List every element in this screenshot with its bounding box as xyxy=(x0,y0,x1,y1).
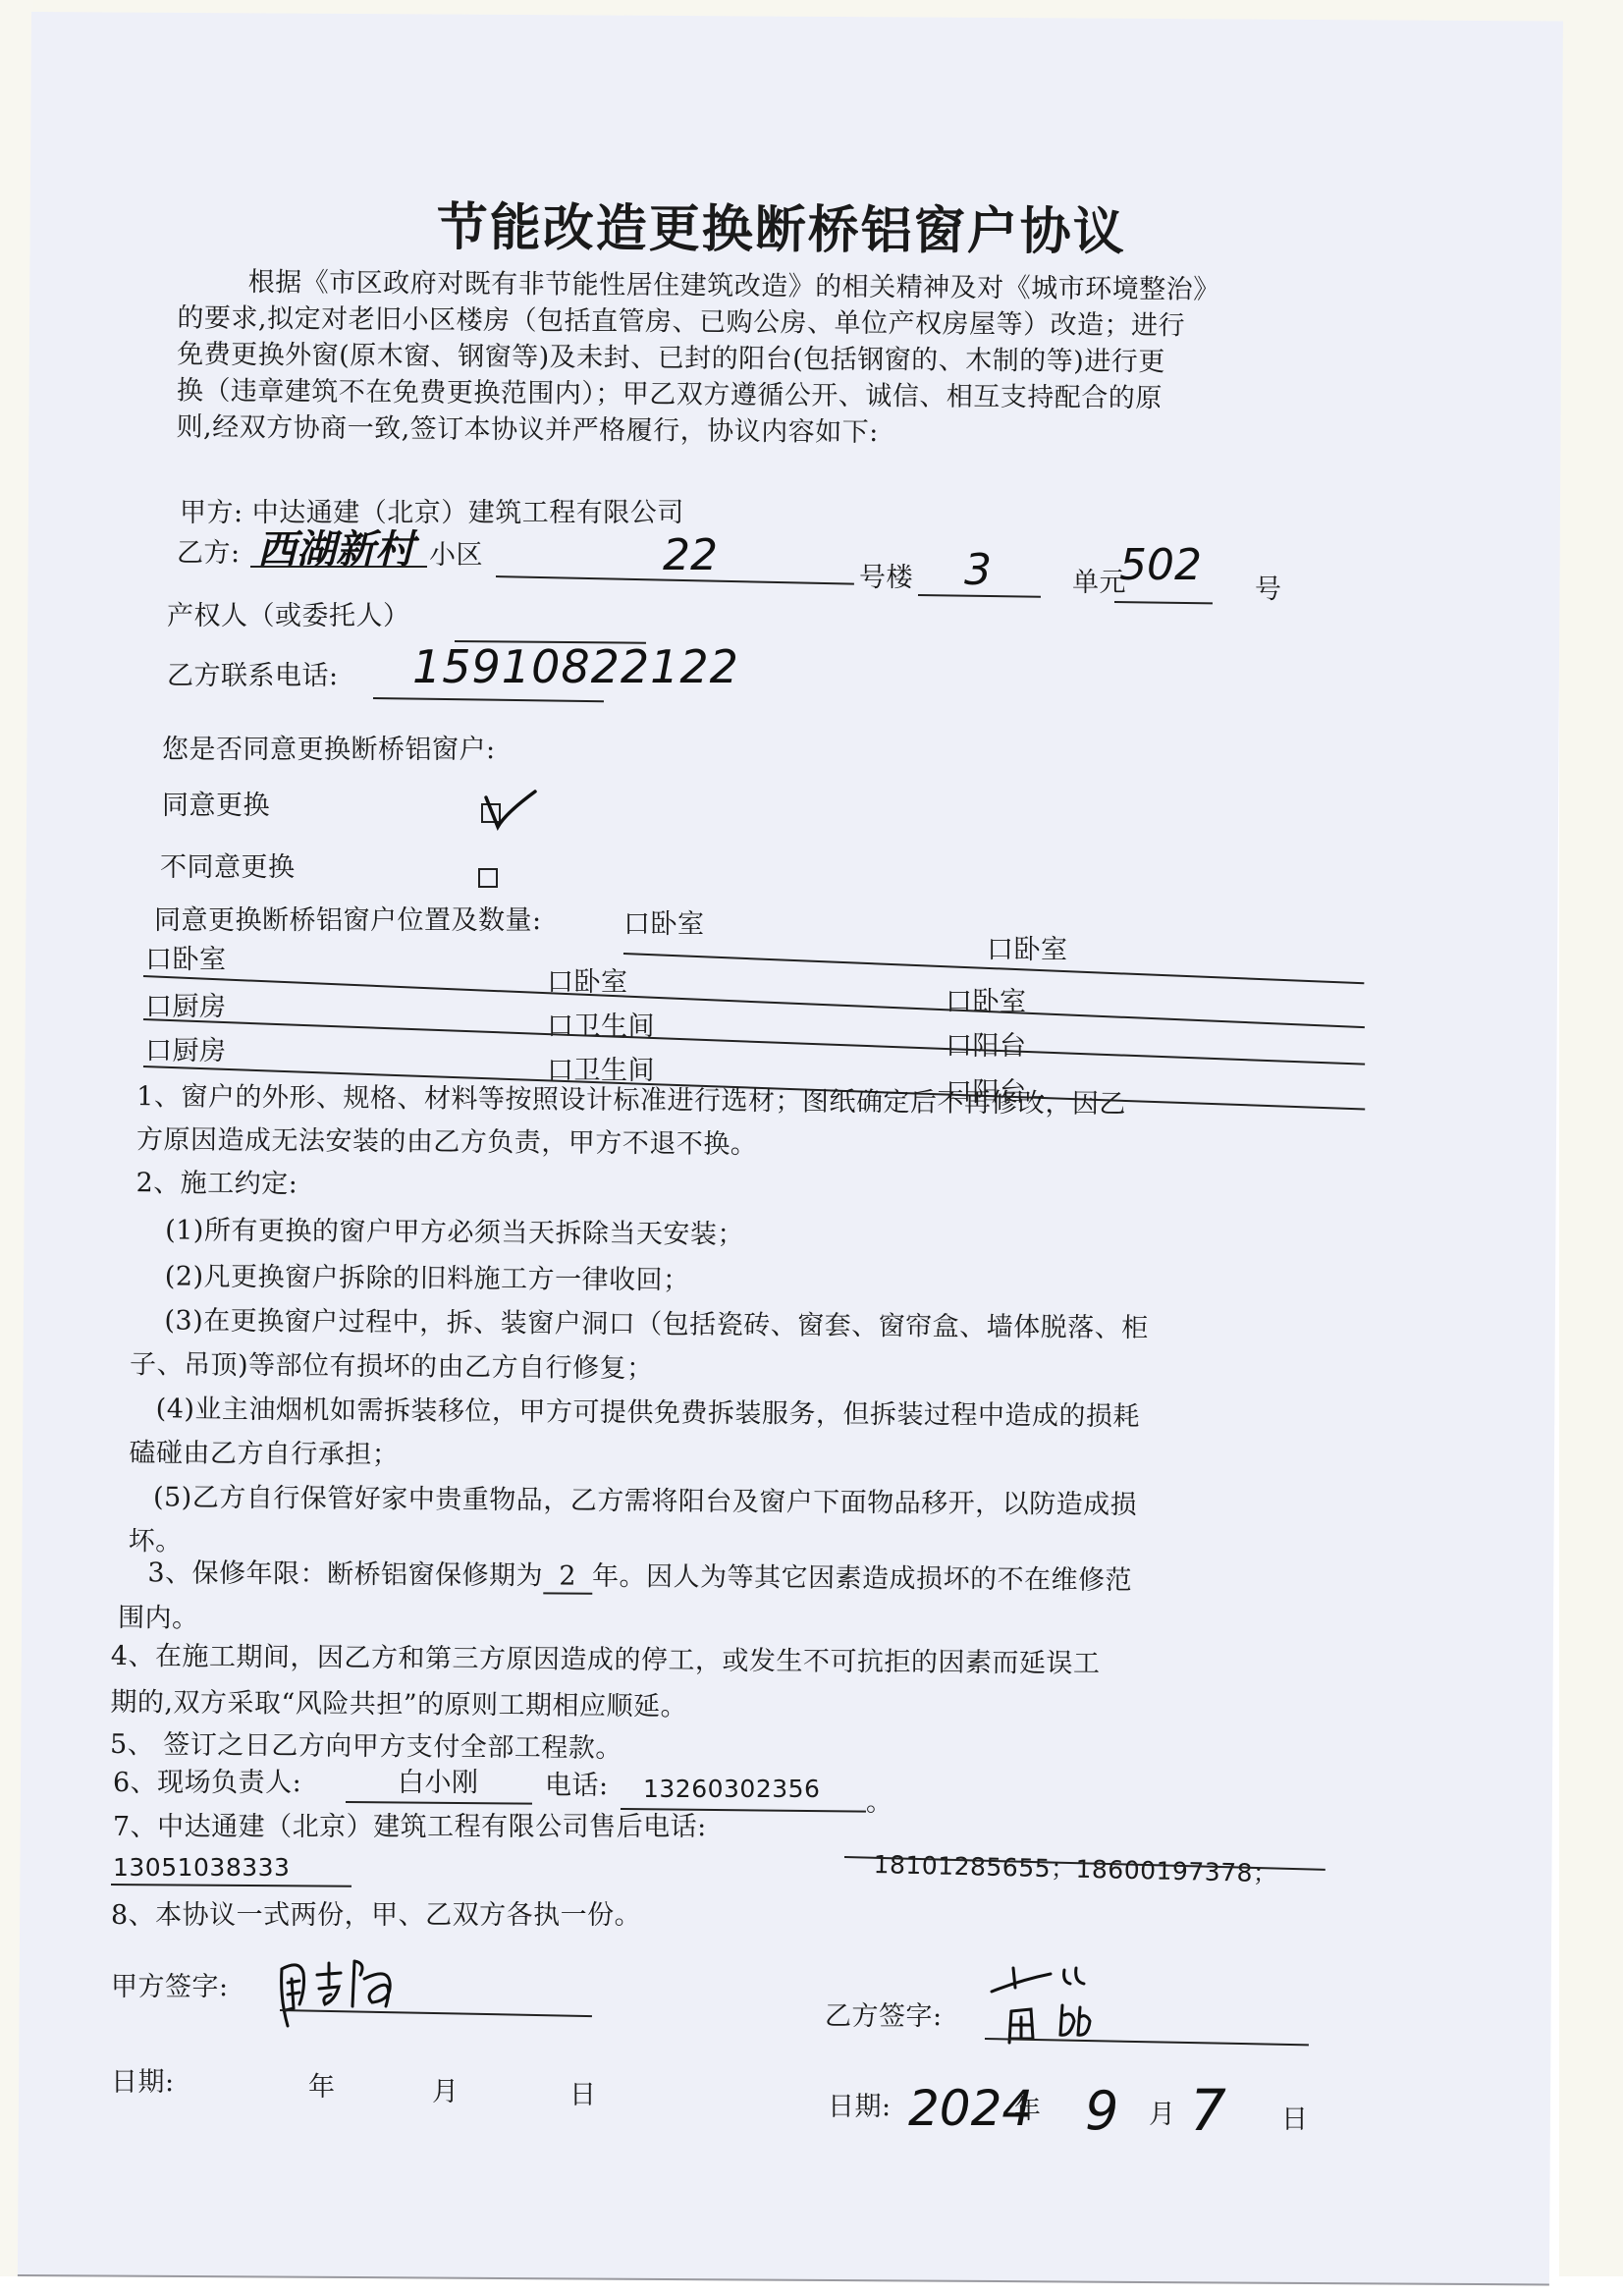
phone-value[interactable]: 15910822122 xyxy=(412,640,739,693)
consent-question: 您是否同意更换断桥铝窗户: xyxy=(162,735,496,766)
location-option[interactable]: 口卧室 xyxy=(987,935,1068,966)
clause-line: 2、施工约定: xyxy=(135,1168,298,1200)
location-option[interactable]: 口厨房 xyxy=(145,1036,227,1067)
after-sales-label: 7、中达通建（北京）建筑工程有限公司售后电话: xyxy=(113,1812,707,1843)
phone-label: 乙方联系电话: xyxy=(167,661,339,692)
copies-clause: 8、本协议一式两份，甲、乙双方各执一份。 xyxy=(111,1900,641,1932)
location-option[interactable]: 口卧室 xyxy=(623,909,705,941)
clause-line: 方原因造成无法安装的由乙方负责，甲方不退不换。 xyxy=(136,1124,758,1161)
intro-line: 的要求,拟定对老旧小区楼房（包括直管房、已购公房、单位产权房屋等）改造；进行 xyxy=(177,302,1185,342)
party-b-day-unit: 日 xyxy=(1281,2105,1309,2136)
clause-line: (4)业主油烟机如需拆装移位，甲方可提供免费拆装服务，但拆装过程中造成的损耗 xyxy=(156,1394,1140,1433)
agreement-document: 节能改造更换断桥铝窗户协议 根据《市区政府对既有非节能性居住建筑改造》的相关精神… xyxy=(0,0,1623,2296)
clause-line: (2)凡更换窗户拆除的旧料施工方一律收回； xyxy=(165,1261,690,1296)
party-a-label: 甲方: xyxy=(180,498,243,528)
clauses-section: 1、窗户的外形、规格、材料等按照设计标准进行选材；图纸确定后不再修改，因乙 方原… xyxy=(0,0,1623,13)
owner-label: 产权人（或委托人） xyxy=(167,601,410,632)
clause-line: (1)所有更换的窗户甲方必须当天拆除当天安装； xyxy=(165,1215,744,1251)
party-a-signature-label: 甲方签字: xyxy=(111,1972,229,2003)
site-manager-phone-label: 电话: xyxy=(545,1771,609,1802)
after-sales-phones-1: 18101285655；18600197378； xyxy=(873,1849,1278,1889)
clause-line: 4、在施工期间，因乙方和第三方原因造成的停工，或发生不可抗拒的因素而延误工 xyxy=(111,1641,1101,1680)
after-sales-phones-2: 13051038333 xyxy=(113,1852,290,1884)
community-suffix: 小区 xyxy=(429,540,483,572)
location-option[interactable]: 口阳台 xyxy=(946,1031,1027,1063)
clause-line: 期的,双方采取“风险共担”的原则工期相应顺延。 xyxy=(110,1687,687,1723)
site-manager-label: 6、现场负责人: xyxy=(113,1768,301,1799)
site-manager-end: 。 xyxy=(866,1787,893,1819)
consent-agree-label: 同意更换 xyxy=(162,791,270,822)
warranty-prefix: 3、保修年限：断桥铝窗保修期为 xyxy=(147,1558,543,1591)
locations-line xyxy=(143,1018,1365,1066)
warranty-years-value[interactable]: 2 xyxy=(543,1560,592,1594)
party-a-date-label: 日期: xyxy=(111,2067,175,2099)
party-a-year-unit: 年 xyxy=(308,2072,336,2104)
party-b-month-value[interactable]: 9 xyxy=(1085,2080,1118,2142)
location-option[interactable]: 口卧室 xyxy=(145,945,227,976)
party-b-signature-label: 乙方签字: xyxy=(825,2001,943,2033)
warranty-suffix: 年。因人为等其它因素造成损坏的不在维修范 xyxy=(592,1561,1132,1596)
phone-underline xyxy=(373,697,604,702)
room-underline xyxy=(1114,601,1213,604)
intro-line: 则,经双方协商一致,签订本协议并严格履行，协议内容如下: xyxy=(176,411,878,449)
clause-line: 坏。 xyxy=(129,1526,183,1558)
unit-suffix: 单元 xyxy=(1072,568,1126,599)
check-mark-icon xyxy=(481,786,540,835)
clauses-b-section: 4、在施工期间，因乙方和第三方原因造成的停工，或发生不可抗拒的因素而延误工 期的… xyxy=(0,0,1623,13)
community-underline xyxy=(250,566,427,568)
clause-line: 磕碰由乙方自行承担； xyxy=(129,1438,399,1471)
room-suffix: 号 xyxy=(1255,574,1282,606)
party-b-month-unit: 月 xyxy=(1149,2100,1176,2131)
consent-disagree-label: 不同意更换 xyxy=(160,852,296,884)
party-b-date-label: 日期: xyxy=(828,2092,892,2123)
warranty-clause: 3、保修年限：断桥铝窗保修期为2年。因人为等其它因素造成损坏的不在维修范 围内。 xyxy=(0,0,1623,13)
clause-line: (3)在更换窗户过程中，拆、装窗户洞口（包括瓷砖、窗套、窗帘盒、墙体脱落、柜 xyxy=(164,1305,1148,1344)
site-manager-name: 白小刚 xyxy=(398,1768,479,1799)
locations-label: 同意更换断桥铝窗户位置及数量: xyxy=(154,905,542,937)
locations-line xyxy=(143,975,1365,1028)
party-b-label: 乙方: xyxy=(177,538,241,570)
site-manager-phone: 13260302356 xyxy=(643,1774,820,1805)
clause-line: 5、 签订之日乙方向甲方支付全部工程款。 xyxy=(110,1729,622,1765)
party-b-year-unit: 年 xyxy=(1014,2095,1042,2126)
warranty-line-2: 围内。 xyxy=(118,1603,199,1635)
party-a-row: 甲方: 中达通建（北京）建筑工程有限公司 xyxy=(180,498,684,529)
party-a-month-unit: 月 xyxy=(432,2077,460,2108)
document-title: 节能改造更换断桥铝窗户协议 xyxy=(437,196,1126,264)
party-b-day-value[interactable]: 7 xyxy=(1190,2077,1226,2144)
party-a-signature[interactable] xyxy=(270,1949,427,2038)
clause-line: 1、窗户的外形、规格、材料等按照设计标准进行选材；图纸确定后不再修改，因乙 xyxy=(136,1081,1126,1121)
warranty-line: 3、保修年限：断桥铝窗保修期为2年。因人为等其它因素造成损坏的不在维修范 xyxy=(147,1558,1132,1599)
building-number-value[interactable]: 22 xyxy=(663,530,718,580)
site-manager-underline xyxy=(346,1801,532,1805)
consent-disagree-checkbox[interactable] xyxy=(478,868,498,888)
building-suffix: 号楼 xyxy=(859,563,913,594)
clause-line: 子、吊顶)等部位有损坏的由乙方自行修复； xyxy=(130,1349,654,1385)
intro-line: 根据《市区政府对既有非节能性居住建筑改造》的相关精神及对《城市环境整治》 xyxy=(248,267,1220,306)
after-sales-underline-2 xyxy=(111,1884,352,1887)
party-a-day-unit: 日 xyxy=(569,2080,597,2111)
intro-line: 免费更换外窗(原木窗、钢窗等)及未封、已封的阳台(包括钢窗的、木制的等)进行更 xyxy=(177,339,1165,378)
intro-line: 换（违章建筑不在免费更换范围内）；甲乙双方遵循公开、诚信、相互支持配合的原 xyxy=(177,375,1163,414)
intro-paragraph: 根据《市区政府对既有非节能性居住建筑改造》的相关精神及对《城市环境整治》 的要求… xyxy=(0,0,1623,13)
unit-number-value[interactable]: 3 xyxy=(964,545,992,595)
room-number-value[interactable]: 502 xyxy=(1119,540,1202,590)
clause-line: (5)乙方自行保管好家中贵重物品，乙方需将阳台及窗户下面物品移开，以防造成损 xyxy=(153,1482,1137,1521)
